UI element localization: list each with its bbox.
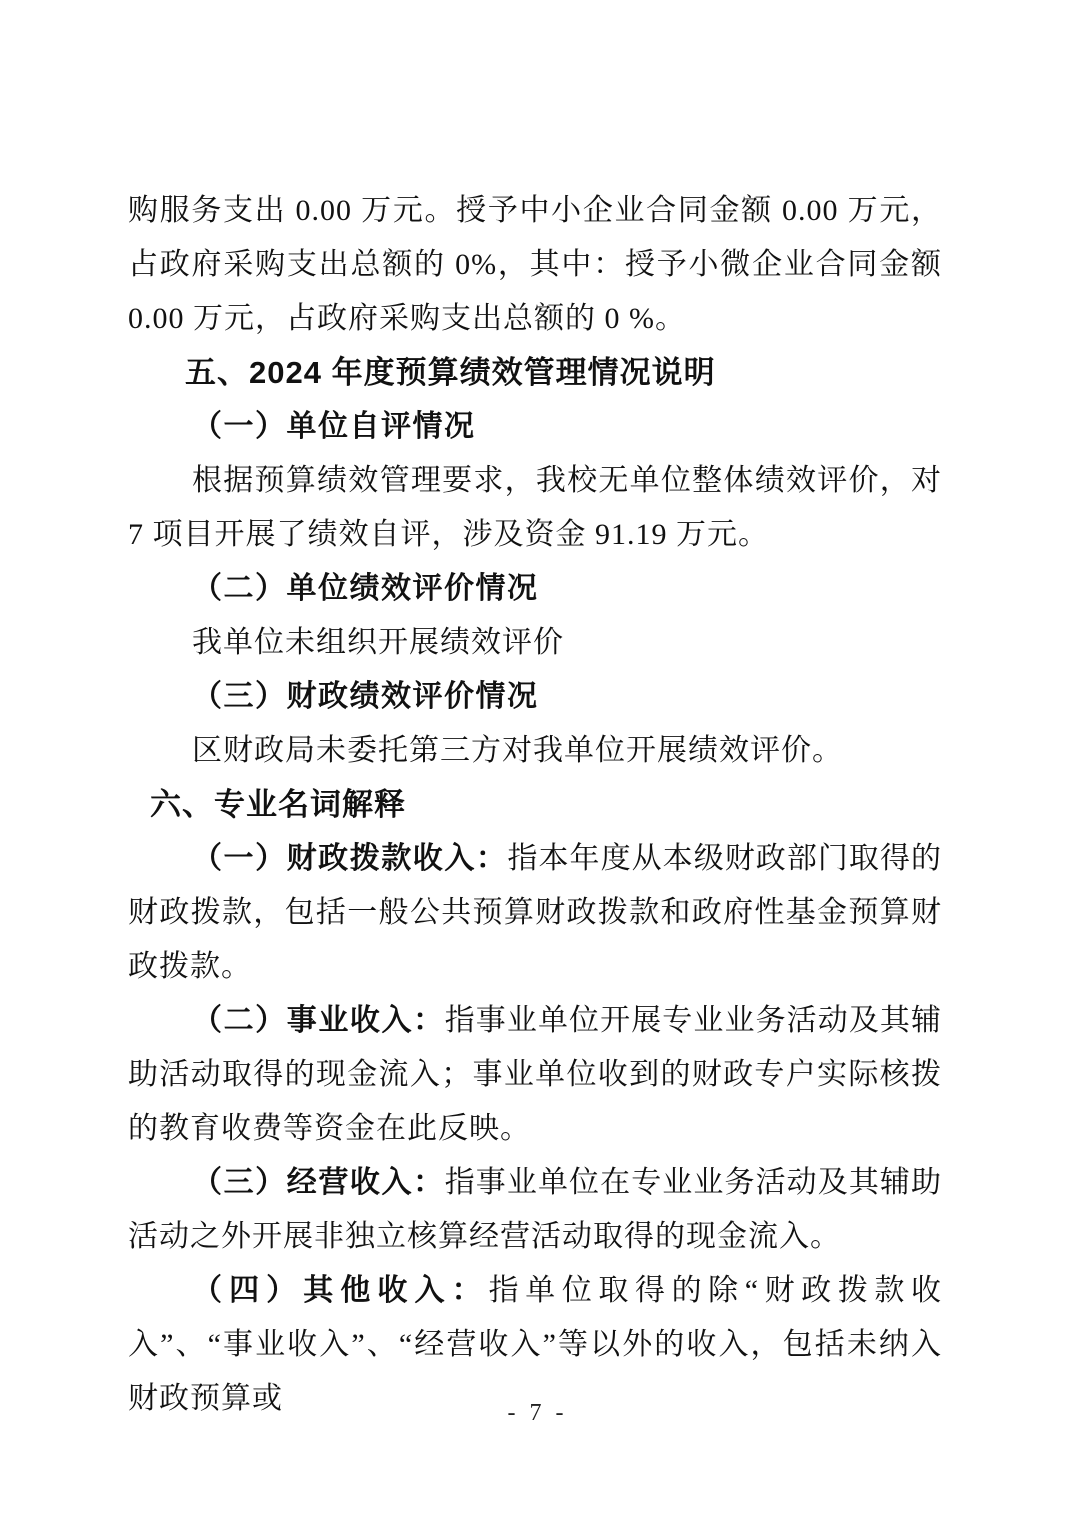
section-five-sub3-paragraph: 区财政局未委托第三方对我单位开展绩效评价。 [128, 724, 942, 778]
section-five-sub1-heading: （一）单位自评情况 [128, 400, 942, 454]
term-label: （三）经营收入： [192, 1166, 445, 1199]
term-paragraph-business-income: （三）经营收入：指事业单位在专业业务活动及其辅助活动之外开展非独立核算经营活动取… [128, 1156, 942, 1264]
paragraph-procurement-continuation: 购服务支出 0.00 万元。授予中小企业合同金额 0.00 万元，占政府采购支出… [128, 184, 942, 346]
section-six-heading: 六、专业名词解释 [128, 778, 942, 832]
term-label: （一）财政拨款收入： [192, 842, 507, 875]
section-five-sub1-paragraph: 根据预算绩效管理要求，我校无单位整体绩效评价，对 7 项目开展了绩效自评，涉及资… [128, 454, 942, 562]
page-number: - 7 - [0, 1398, 1075, 1428]
section-five-sub2-heading: （二）单位绩效评价情况 [128, 562, 942, 616]
term-paragraph-fiscal-appropriation-income: （一）财政拨款收入：指本年度从本级财政部门取得的财政拨款，包括一般公共预算财政拨… [128, 832, 942, 994]
document-page: 购服务支出 0.00 万元。授予中小企业合同金额 0.00 万元，占政府采购支出… [0, 0, 1075, 1520]
term-label: （四）其他收入： [192, 1274, 489, 1307]
section-five-heading: 五、2024 年度预算绩效管理情况说明 [128, 346, 942, 400]
section-five-sub2-paragraph: 我单位未组织开展绩效评价 [128, 616, 942, 670]
term-paragraph-operating-income: （二）事业收入：指事业单位开展专业业务活动及其辅助活动取得的现金流入；事业单位收… [128, 994, 942, 1156]
section-five-sub3-heading: （三）财政绩效评价情况 [128, 670, 942, 724]
term-label: （二）事业收入： [192, 1004, 445, 1037]
document-content: 购服务支出 0.00 万元。授予中小企业合同金额 0.00 万元，占政府采购支出… [128, 184, 942, 1426]
